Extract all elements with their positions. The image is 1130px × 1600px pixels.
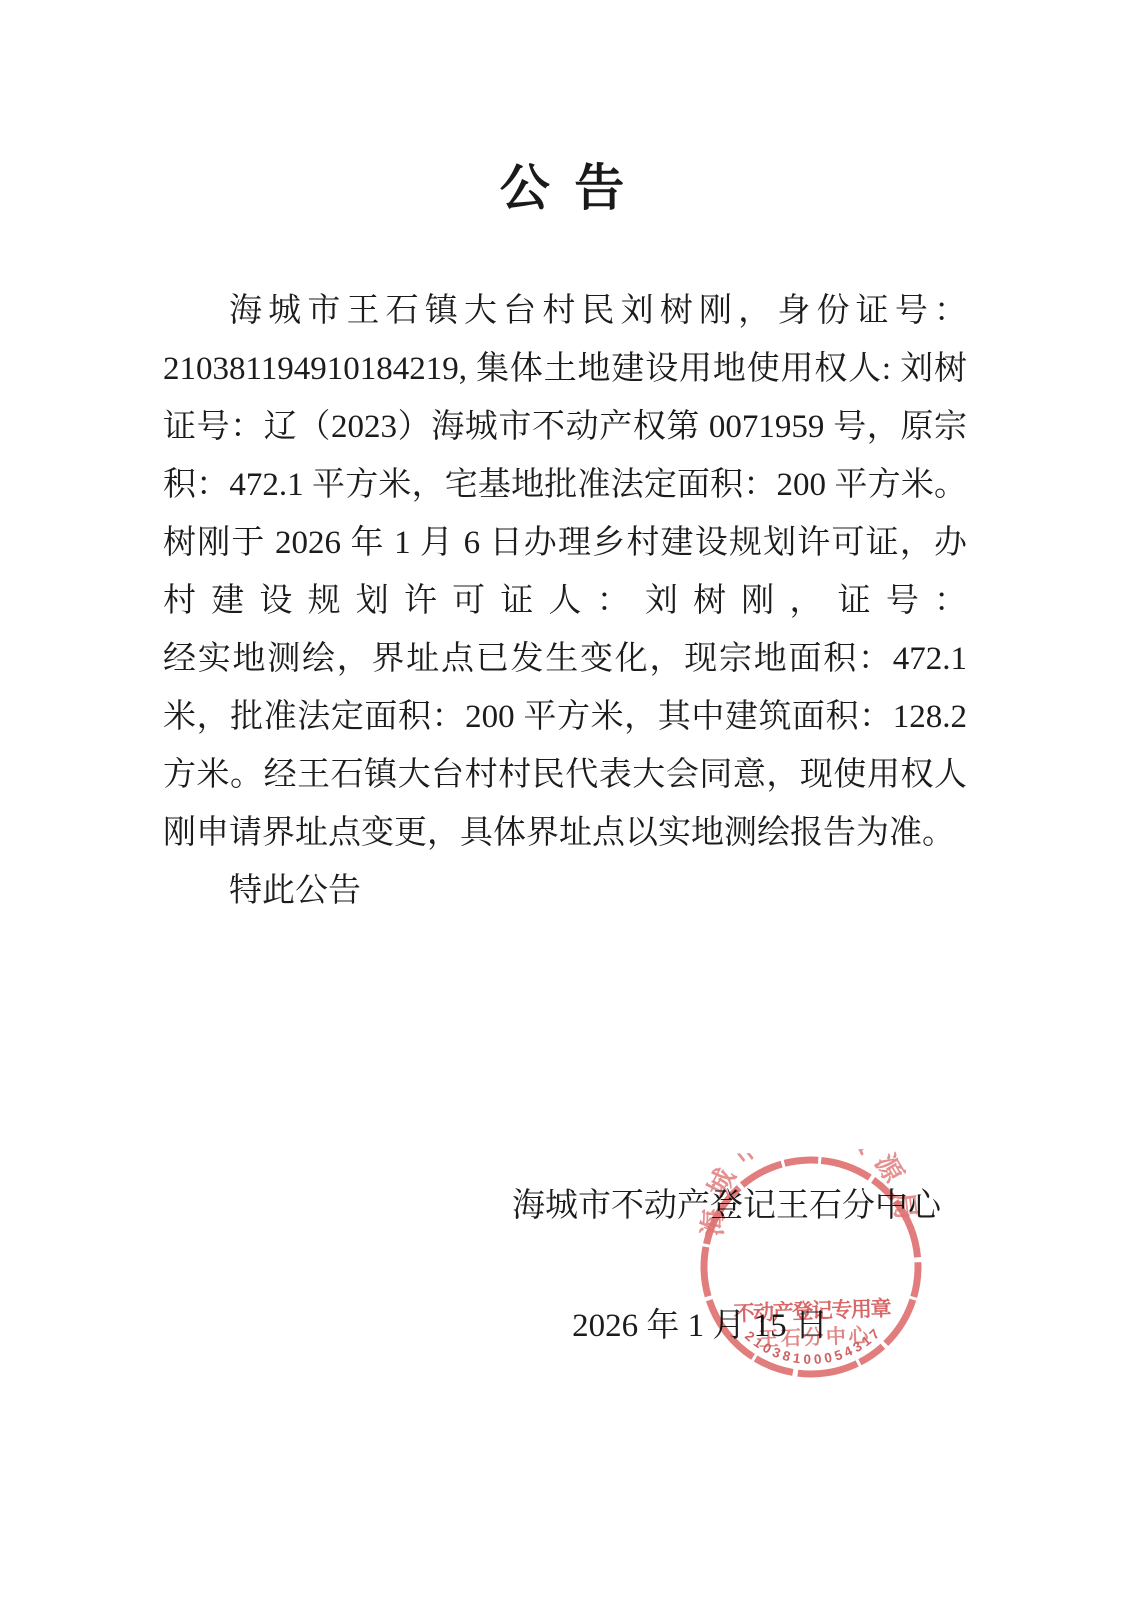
closing-line: 特此公告 — [163, 862, 967, 920]
body-line-7: 经实地测绘，界址点已发生变化，现宗地面积：472.1 平方 — [163, 630, 967, 688]
body-line-6: 村建设规划许可证人：刘树刚，证号：210381202600001 号。 — [163, 572, 967, 630]
body-line-3: 证号：辽（2023）海城市不动产权第 0071959 号，原宗地面 — [163, 398, 967, 456]
body-line-2: 210381194910184219, 集体土地建设用地使用权人: 刘树刚， — [163, 340, 967, 398]
body-line-10: 刚申请界址点变更，具体界址点以实地测绘报告为准。 — [163, 804, 967, 862]
body-line-5: 树刚于 2026 年 1 月 6 日办理乡村建设规划许可证，办理乡 — [163, 514, 967, 572]
body-line-9: 方米。经王石镇大台村村民代表大会同意，现使用权人刘树 — [163, 746, 967, 804]
page-title: 公 告 — [163, 148, 967, 220]
seal-inner-line1: 不动产登记专用章 — [733, 1296, 892, 1325]
announcement-page: 公 告 海城市王石镇大台村民刘树刚，身份证号： 2103811949101842… — [0, 0, 1130, 1600]
body-text: 海城市王石镇大台村民刘树刚，身份证号： 210381194910184219, … — [163, 282, 967, 920]
body-line-1: 海城市王石镇大台村民刘树刚，身份证号： — [163, 282, 967, 340]
body-line-8: 米，批准法定面积：200 平方米，其中建筑面积：128.2 平 — [163, 688, 967, 746]
body-line-4: 积：472.1 平方米，宅基地批准法定面积：200 平方米。刘 — [163, 456, 967, 514]
official-seal: 海城市自然资源局 不动产登记专用章 王石分中心 21038100054317 — [691, 1147, 931, 1387]
